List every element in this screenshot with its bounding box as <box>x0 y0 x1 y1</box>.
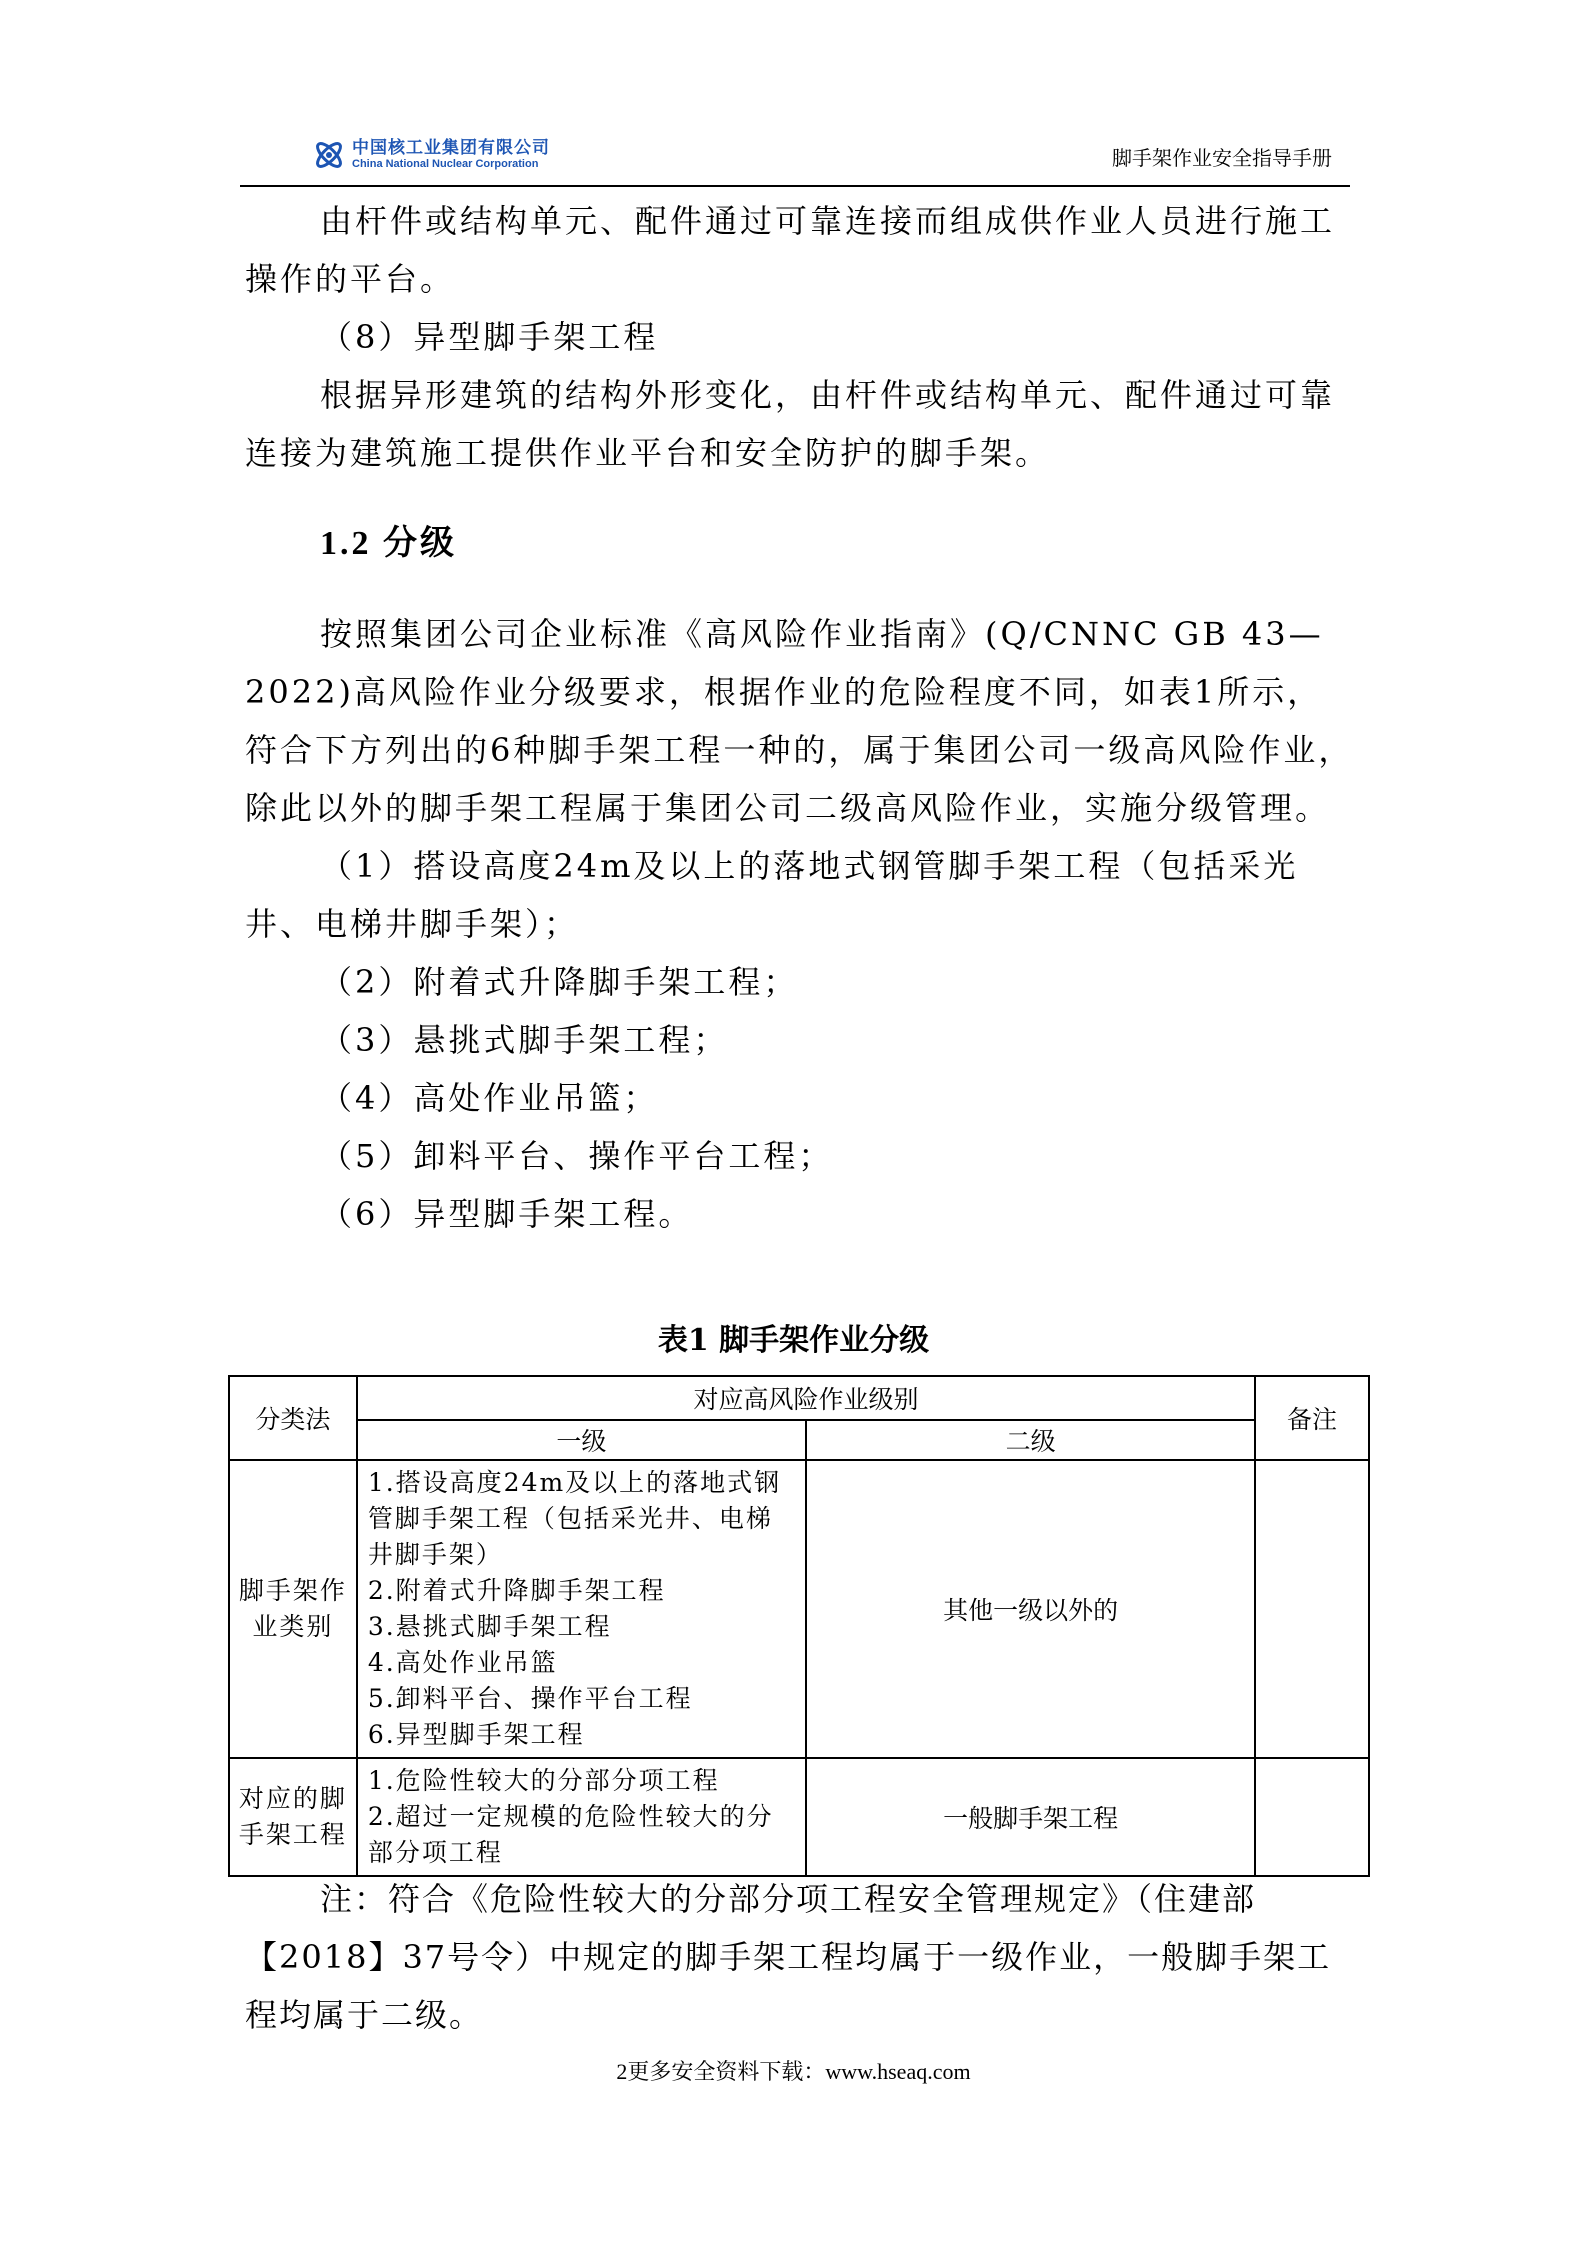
body-top: 由杆件或结构单元、配件通过可靠连接而组成供作业人员进行施工操作的平台。 （8）异… <box>245 192 1355 482</box>
level1-cell: 1.搭设高度24m及以上的落地式钢管脚手架工程（包括采光井、电梯井脚手架） 2.… <box>357 1460 806 1758</box>
table-row: 脚手架作业类别 1.搭设高度24m及以上的落地式钢管脚手架工程（包括采光井、电梯… <box>229 1460 1369 1758</box>
list-item: （1）搭设高度24m及以上的落地式钢管脚手架工程（包括采光井、电梯井脚手架）； <box>245 837 1355 953</box>
page-header: 中国核工业集团有限公司 China National Nuclear Corpo… <box>240 130 1350 187</box>
section-1-2: 1.2 分级 <box>245 515 1355 573</box>
grading-table: 分类法 对应高风险作业级别 备注 一级 二级 脚手架作业类别 1.搭设高度24m… <box>228 1375 1370 1877</box>
level1-item: 2.超过一定规模的危险性较大的分部分项工程 <box>368 1799 795 1871</box>
header-level1: 一级 <box>357 1420 806 1460</box>
header-remarks: 备注 <box>1255 1376 1369 1460</box>
level1-item: 5.卸料平台、操作平台工程 <box>368 1681 795 1717</box>
table-caption: 表1 脚手架作业分级 <box>0 1315 1587 1359</box>
page-footer: 2更多安全资料下载：www.hseaq.com <box>0 2055 1587 2086</box>
document-title: 脚手架作业安全指导手册 <box>1112 142 1332 171</box>
level1-item: 3.悬挑式脚手架工程 <box>368 1609 795 1645</box>
list-item: （2）附着式升降脚手架工程； <box>245 953 1355 1011</box>
level1-cell: 1.危险性较大的分部分项工程 2.超过一定规模的危险性较大的分部分项工程 <box>357 1758 806 1876</box>
header-level-group: 对应高风险作业级别 <box>357 1376 1255 1420</box>
table-note: 注：符合《危险性较大的分部分项工程安全管理规定》（住建部【2018】37号令）中… <box>245 1870 1355 2044</box>
header-classification: 分类法 <box>229 1376 357 1460</box>
logo-chinese-name: 中国核工业集团有限公司 <box>352 140 550 157</box>
classification-text: 按照集团公司企业标准《高风险作业指南》(Q/CNNC GB 43—2022)高风… <box>245 605 1355 1243</box>
paragraph-definition-8: 根据异形建筑的结构外形变化，由杆件或结构单元、配件通过可靠连接为建筑施工提供作业… <box>245 366 1355 482</box>
list-item: （5）卸料平台、操作平台工程； <box>245 1127 1355 1185</box>
atom-logo-icon <box>312 138 346 172</box>
section-heading: 1.2 分级 <box>245 515 1355 573</box>
company-logo: 中国核工业集团有限公司 China National Nuclear Corpo… <box>312 138 550 172</box>
level2-cell: 一般脚手架工程 <box>806 1758 1255 1876</box>
level1-item: 1.危险性较大的分部分项工程 <box>368 1763 795 1799</box>
logo-english-name: China National Nuclear Corporation <box>352 159 550 170</box>
intro-paragraph: 按照集团公司企业标准《高风险作业指南》(Q/CNNC GB 43—2022)高风… <box>245 605 1355 837</box>
list-item: （3）悬挑式脚手架工程； <box>245 1011 1355 1069</box>
row-label: 对应的脚手架工程 <box>229 1758 357 1876</box>
row-label: 脚手架作业类别 <box>229 1460 357 1758</box>
paragraph-definition-7: 由杆件或结构单元、配件通过可靠连接而组成供作业人员进行施工操作的平台。 <box>245 192 1355 308</box>
note-text: 注：符合《危险性较大的分部分项工程安全管理规定》（住建部【2018】37号令）中… <box>245 1870 1355 2044</box>
level1-item: 1.搭设高度24m及以上的落地式钢管脚手架工程（包括采光井、电梯井脚手架） <box>368 1465 795 1573</box>
table-row: 对应的脚手架工程 1.危险性较大的分部分项工程 2.超过一定规模的危险性较大的分… <box>229 1758 1369 1876</box>
remarks-cell <box>1255 1460 1369 1758</box>
subheading-8: （8）异型脚手架工程 <box>245 308 1355 366</box>
level1-item: 6.异型脚手架工程 <box>368 1717 795 1753</box>
remarks-cell <box>1255 1758 1369 1876</box>
level2-cell: 其他一级以外的 <box>806 1460 1255 1758</box>
level1-item: 4.高处作业吊篮 <box>368 1645 795 1681</box>
list-item: （6）异型脚手架工程。 <box>245 1185 1355 1243</box>
header-level2: 二级 <box>806 1420 1255 1460</box>
list-item: （4）高处作业吊篮； <box>245 1069 1355 1127</box>
level1-item: 2.附着式升降脚手架工程 <box>368 1573 795 1609</box>
